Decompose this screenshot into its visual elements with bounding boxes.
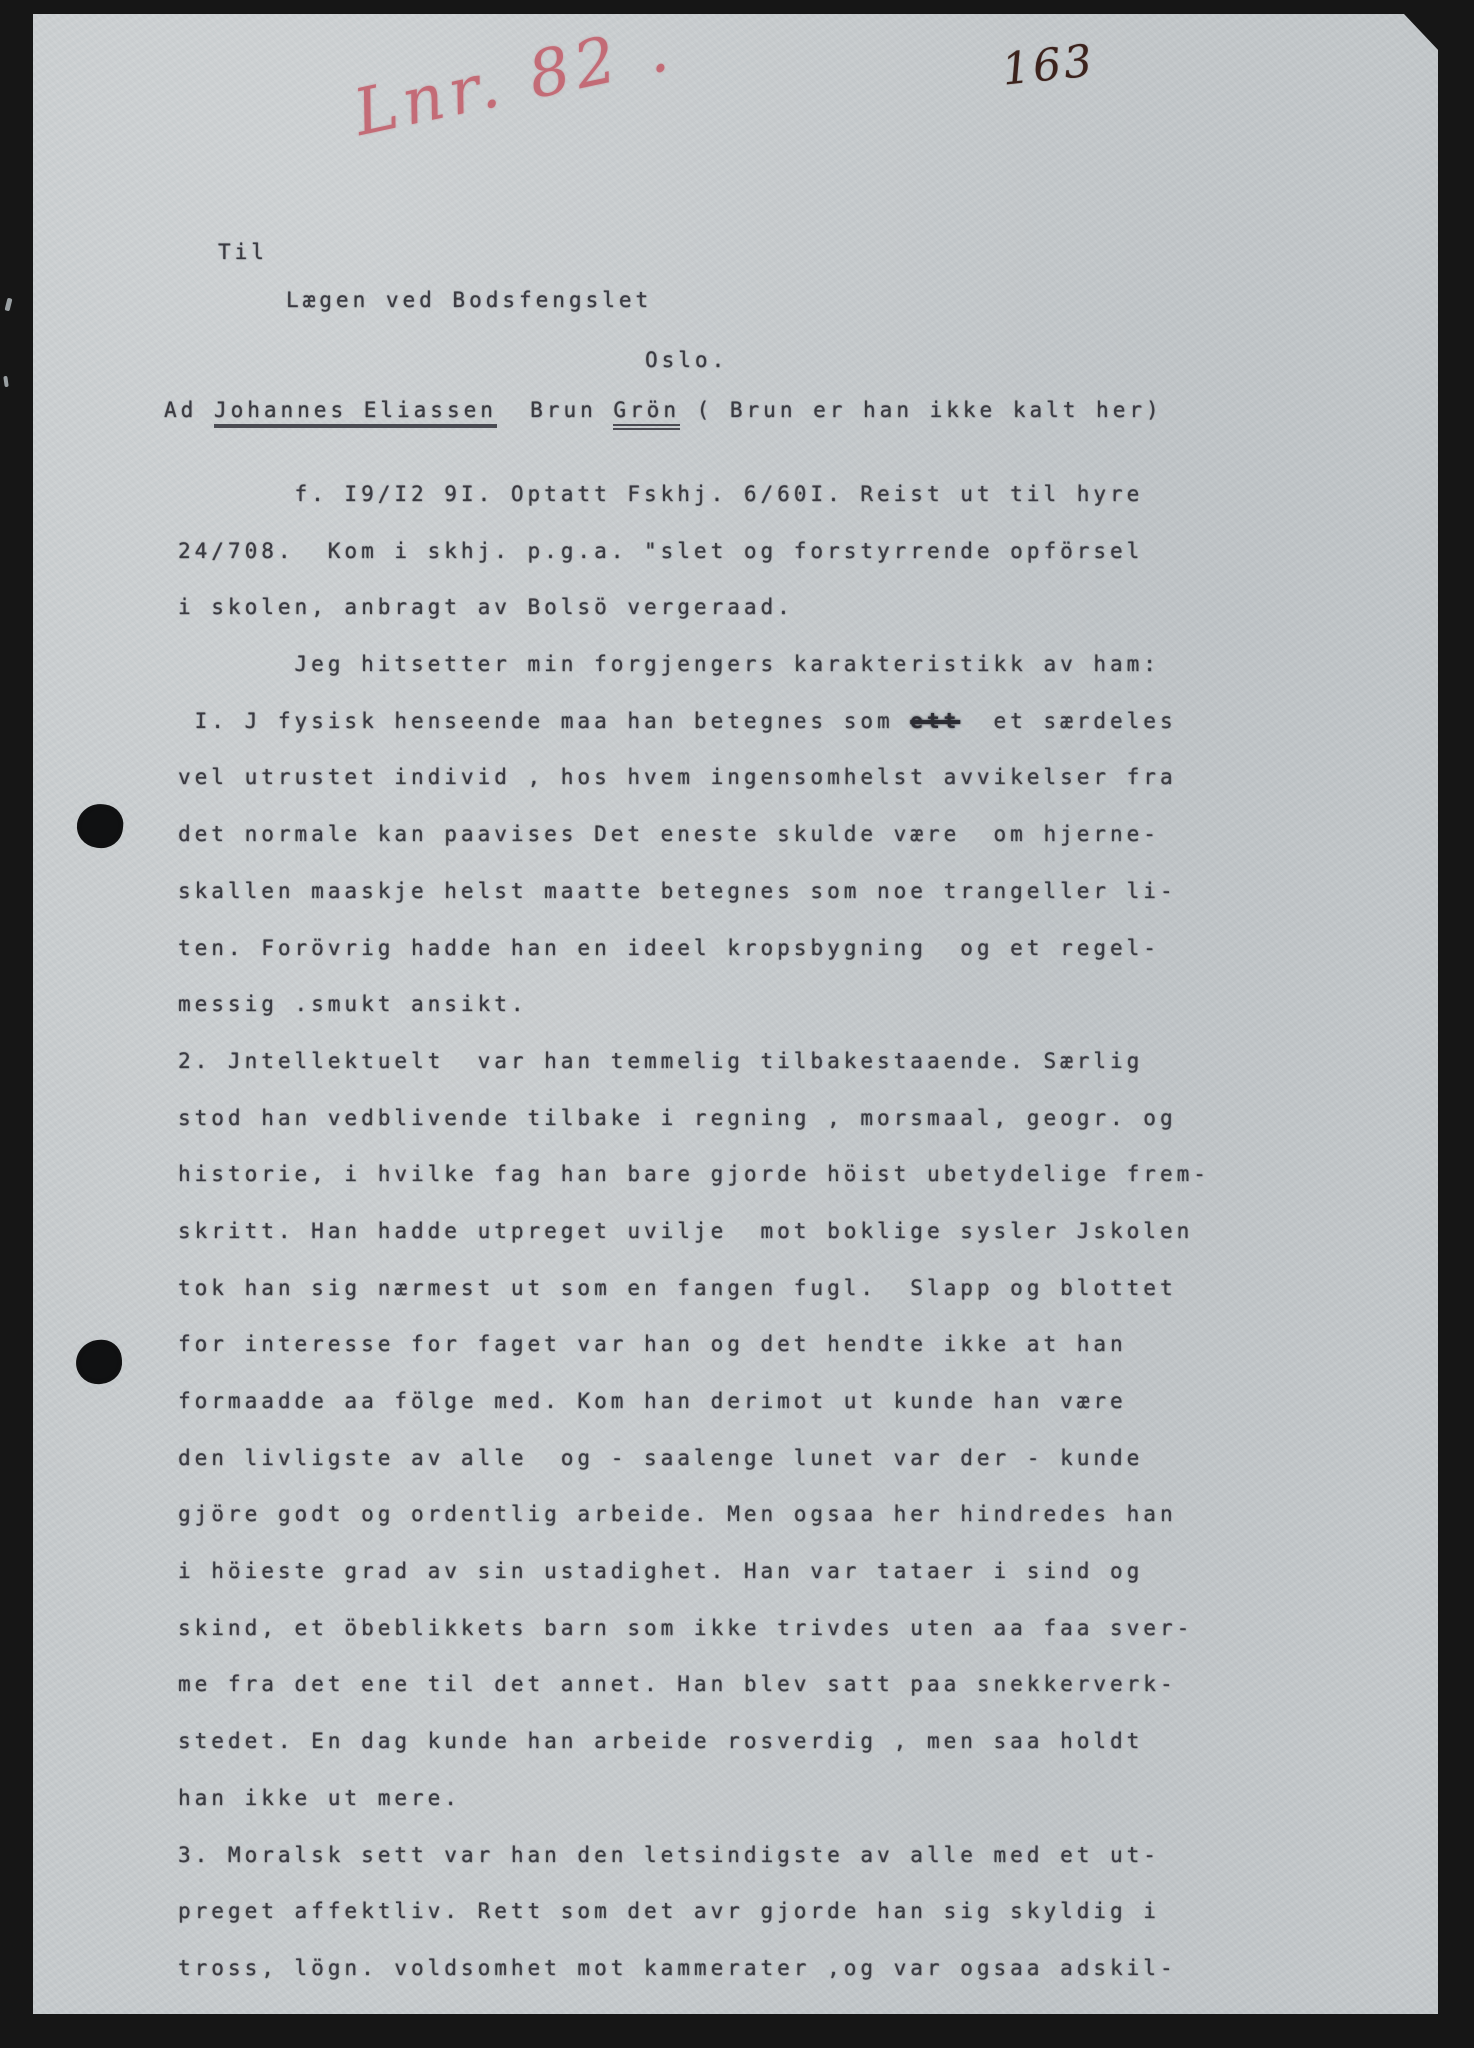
typed-line: preget affektliv. Rett som det avr gjord…: [178, 1883, 1210, 1940]
text-segment: et særdeles: [960, 709, 1176, 733]
text-segment: ( Brun er han ikke kalt her): [680, 398, 1163, 422]
corner-fold: [1404, 14, 1440, 52]
text-segment: Ad: [164, 398, 214, 422]
typed-line: vel utrustet individ , hos hvem ingensom…: [178, 749, 1210, 806]
typed-line: f. I9/I2 9I. Optatt Fskhj. 6/60I. Reist …: [178, 466, 1210, 523]
struck-word: ett: [910, 709, 960, 733]
typed-line: Jeg hitsetter min forgjengers karakteris…: [178, 636, 1210, 693]
typed-line: han ikke ut mere.: [178, 1770, 1210, 1827]
underlined-name: Johannes Eliassen: [214, 398, 497, 428]
typed-body: f. I9/I2 9I. Optatt Fskhj. 6/60I. Reist …: [178, 466, 1210, 1997]
typed-line: ten. Forövrig hadde han en ideel kropsby…: [178, 920, 1210, 977]
text-segment: I. J fysisk henseende maa han betegnes s…: [178, 709, 910, 733]
underlined-name: Grön: [613, 398, 680, 430]
typed-line: skind, et öbeblikkets barn som ikke triv…: [178, 1600, 1210, 1657]
text-segment: Brun: [497, 398, 614, 422]
typed-subject-line: Ad Johannes Eliassen Brun Grön ( Brun er…: [164, 398, 1163, 422]
typed-line: formaadde aa fölge med. Kom han derimot …: [178, 1373, 1210, 1430]
typed-place: Oslo.: [645, 348, 728, 372]
typed-line: me fra det ene til det annet. Han blev s…: [178, 1656, 1210, 1713]
typed-line: i skolen, anbragt av Bolsö vergeraad.: [178, 579, 1210, 636]
typed-line: skallen maaskje helst maatte betegnes so…: [178, 863, 1210, 920]
typed-line: stod han vedblivende tilbake i regning ,…: [178, 1090, 1210, 1147]
typed-line: skritt. Han hadde utpreget uvilje mot bo…: [178, 1203, 1210, 1260]
typed-line: i höieste grad av sin ustadighet. Han va…: [178, 1543, 1210, 1600]
typed-line: 2. Jntellektuelt var han temmelig tilbak…: [178, 1033, 1210, 1090]
handwritten-page-number: 163: [1000, 35, 1098, 95]
scanned-document-page: Lnr. 82 . 163 Til Lægen ved Bodsfengslet…: [0, 0, 1474, 2048]
scan-artifact: [3, 376, 8, 387]
typed-line: 24/708. Kom i skhj. p.g.a. "slet og fors…: [178, 523, 1210, 580]
typed-line: I. J fysisk henseende maa han betegnes s…: [178, 693, 1210, 750]
typed-line: gjöre godt og ordentlig arbeide. Men ogs…: [178, 1486, 1210, 1543]
typed-line: for interesse for faget var han og det h…: [178, 1316, 1210, 1373]
typed-line: messig .smukt ansikt.: [178, 976, 1210, 1033]
scan-artifact: [5, 298, 13, 312]
typed-line: stedet. En dag kunde han arbeide rosverd…: [178, 1713, 1210, 1770]
typed-to-label: Til: [218, 240, 268, 264]
typed-line: tok han sig nærmest ut som en fangen fug…: [178, 1260, 1210, 1317]
typed-line: 3. Moralsk sett var han den letsindigste…: [178, 1827, 1210, 1884]
typed-line: det normale kan paavises Det eneste skul…: [178, 806, 1210, 863]
typed-recipient: Lægen ved Bodsfengslet: [286, 288, 652, 312]
typed-line: historie, i hvilke fag han bare gjorde h…: [178, 1146, 1210, 1203]
typed-line: tross, lögn. voldsomhet mot kammerater ,…: [178, 1940, 1210, 1997]
typed-line: den livligste av alle og - saalenge lune…: [178, 1430, 1210, 1487]
